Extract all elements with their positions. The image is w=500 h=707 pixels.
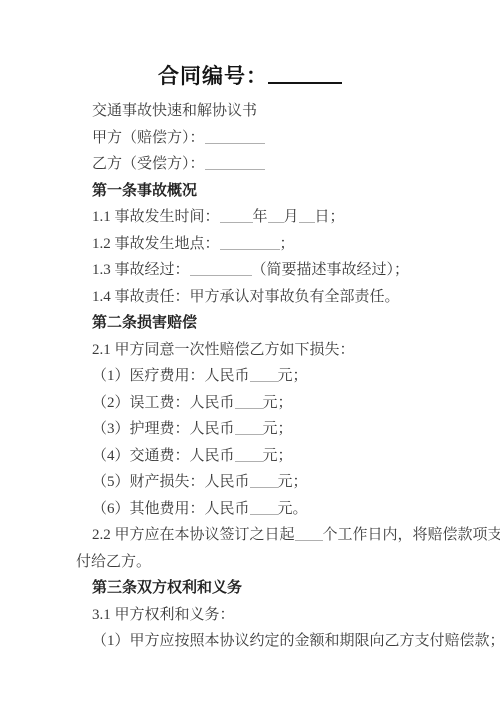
item-5-label: （5）财产损失：人民币: [92, 474, 250, 490]
item-1-suffix: 元；: [278, 368, 308, 384]
party-a-label: 甲方（赔偿方）：: [92, 130, 205, 146]
contract-body: 交通事故快速和解协议书 甲方（赔偿方）： 乙方（受偿方）： 第一条事故概况 1.…: [0, 98, 500, 655]
accident-year-blank: [220, 209, 253, 223]
contract-number-label: 合同编号：: [158, 65, 268, 88]
clause-3-1-item-1: （1）甲方应按照本协议约定的金额和期限向乙方支付赔偿款；: [76, 628, 444, 655]
clause-2-2-line-1: 2.2 甲方应在本协议签订之日起个工作日内，将赔偿款项支: [76, 522, 444, 549]
item-4-label: （4）交通费：人民币: [92, 448, 235, 464]
section3-heading-text: 第三条双方权利和义务: [92, 580, 242, 596]
contract-number-heading: 合同编号：: [0, 0, 500, 98]
party-a-line: 甲方（赔偿方）：: [76, 125, 444, 152]
clause-3-1-line: 3.1 甲方权利和义务：: [76, 602, 444, 629]
item-1-amount-blank: [250, 368, 278, 382]
clause-1-1-line: 1.1 事故发生时间：年月日；: [76, 204, 444, 231]
clause-2-2-prefix: 2.2 甲方应在本协议签订之日起: [92, 527, 295, 543]
item-3-amount-blank: [235, 421, 263, 435]
item-6-amount-blank: [250, 501, 278, 515]
working-days-blank: [295, 527, 323, 541]
clause-1-3-suffix: （简要描述事故经过）；: [252, 262, 410, 278]
accident-course-blank: [190, 262, 252, 276]
party-b-blank: [205, 156, 265, 170]
section2-heading: 第二条损害赔偿: [76, 310, 444, 337]
day-label: 日；: [315, 209, 345, 225]
compensation-item-1: （1）医疗费用：人民币元；: [76, 363, 444, 390]
party-b-label: 乙方（受偿方）：: [92, 156, 205, 172]
party-a-blank: [205, 130, 265, 144]
clause-1-4-text: 1.4 事故责任：甲方承认对事故负有全部责任。: [92, 289, 400, 305]
party-b-line: 乙方（受偿方）：: [76, 151, 444, 178]
contract-document-page: 合同编号： 交通事故快速和解协议书 甲方（赔偿方）： 乙方（受偿方）： 第一条事…: [0, 0, 500, 707]
contract-number-blank: [268, 66, 342, 84]
clause-2-1-line: 2.1 甲方同意一次性赔偿乙方如下损失：: [76, 337, 444, 364]
section1-heading-text: 第一条事故概况: [92, 183, 197, 199]
item-2-amount-blank: [235, 395, 263, 409]
item-3-suffix: 元；: [263, 421, 293, 437]
clause-1-1-label: 1.1 事故发生时间：: [92, 209, 220, 225]
clause-1-3-label: 1.3 事故经过：: [92, 262, 190, 278]
clause-1-4-line: 1.4 事故责任：甲方承认对事故负有全部责任。: [76, 284, 444, 311]
clause-3-1-text: 3.1 甲方权利和义务：: [92, 607, 235, 623]
clause-2-2-middle: 个工作日内，将赔偿款项支: [323, 527, 500, 543]
compensation-item-4: （4）交通费：人民币元；: [76, 443, 444, 470]
year-label: 年: [253, 209, 268, 225]
document-title-line: 交通事故快速和解协议书: [76, 98, 444, 125]
clause-1-2-line: 1.2 事故发生地点：；: [76, 231, 444, 258]
clause-2-1-text: 2.1 甲方同意一次性赔偿乙方如下损失：: [92, 342, 355, 358]
item-5-suffix: 元；: [278, 474, 308, 490]
document-title-text: 交通事故快速和解协议书: [92, 103, 257, 119]
section2-heading-text: 第二条损害赔偿: [92, 315, 197, 331]
accident-location-blank: [220, 236, 280, 250]
compensation-item-2: （2）误工费：人民币元；: [76, 390, 444, 417]
item-5-amount-blank: [250, 474, 278, 488]
item-6-label: （6）其他费用：人民币: [92, 501, 250, 517]
item-6-suffix: 元。: [278, 501, 308, 517]
section3-heading: 第三条双方权利和义务: [76, 575, 444, 602]
item-2-label: （2）误工费：人民币: [92, 395, 235, 411]
accident-month-blank: [268, 209, 284, 223]
item-4-suffix: 元；: [263, 448, 293, 464]
item-1-label: （1）医疗费用：人民币: [92, 368, 250, 384]
clause-2-2-line-2: 付给乙方。: [76, 549, 444, 576]
clause-1-3-line: 1.3 事故经过：（简要描述事故经过）；: [76, 257, 444, 284]
compensation-item-6: （6）其他费用：人民币元。: [76, 496, 444, 523]
item-2-suffix: 元；: [263, 395, 293, 411]
item-4-amount-blank: [235, 448, 263, 462]
clause-2-2-continuation: 付给乙方。: [76, 554, 151, 570]
compensation-item-5: （5）财产损失：人民币元；: [76, 469, 444, 496]
accident-day-blank: [299, 209, 315, 223]
section1-heading: 第一条事故概况: [76, 178, 444, 205]
item-3-label: （3）护理费：人民币: [92, 421, 235, 437]
clause-3-1-item-1-text: （1）甲方应按照本协议约定的金额和期限向乙方支付赔偿款；: [92, 633, 500, 649]
compensation-item-3: （3）护理费：人民币元；: [76, 416, 444, 443]
month-label: 月: [284, 209, 299, 225]
clause-1-2-label: 1.2 事故发生地点：: [92, 236, 220, 252]
clause-1-2-suffix: ；: [280, 236, 295, 252]
